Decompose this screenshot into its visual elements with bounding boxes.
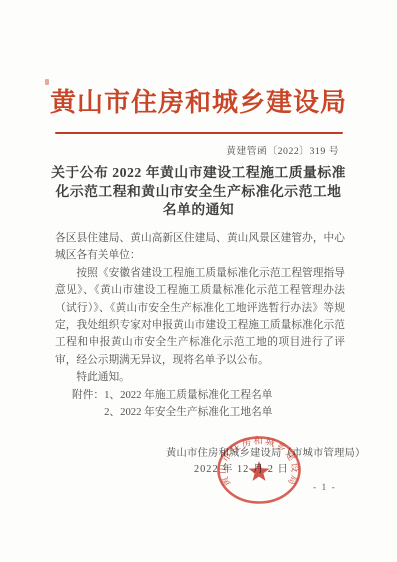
recipients-line: 各区县住建局、黄山高新区住建局、黄山风景区建管办，中心城区各有关单位： (55, 230, 345, 265)
attachments-block: 附件： 1、2022 年施工质量标准化工程名单 2、2022 年安全生产标准化工… (72, 387, 345, 422)
seal-star-icon (249, 461, 270, 481)
attachments-label: 附件： (72, 387, 104, 422)
official-seal: 黄山市住房和城乡建设局 (211, 430, 307, 510)
attachment-item-2: 2、2022 年安全生产标准化工地名单 (104, 404, 272, 421)
notice-body: 各区县住建局、黄山高新区住建局、黄山风景区建管办，中心城区各有关单位： 按照《安… (55, 230, 345, 421)
document-reference-number: 黄建管函〔2022〕319 号 (226, 143, 339, 157)
agency-header-title: 黄山市住房和城乡建设局 (0, 82, 397, 119)
main-paragraph: 按照《安徽省建设工程施工质量标准化示范工程管理指导意见》、《黄山市建设工程施工质… (55, 265, 345, 369)
attachment-item-1: 1、2022 年施工质量标准化工程名单 (104, 387, 272, 404)
closing-line: 特此通知。 (55, 369, 345, 386)
page-number: - 1 - (313, 483, 336, 493)
seal-arc-text: 黄山市住房和城乡建设局 (217, 435, 301, 488)
notice-title: 关于公布 2022 年黄山市建设工程施工质量标准化示范工程和黄山市安全生产标准化… (50, 164, 347, 220)
scanned-notice-page: 黄山市住房和城乡建设局 黄建管函〔2022〕319 号 关于公布 2022 年黄… (0, 0, 397, 562)
header-divider-rule (55, 132, 343, 134)
attachments-list: 1、2022 年施工质量标准化工程名单 2、2022 年安全生产标准化工地名单 (104, 387, 272, 422)
